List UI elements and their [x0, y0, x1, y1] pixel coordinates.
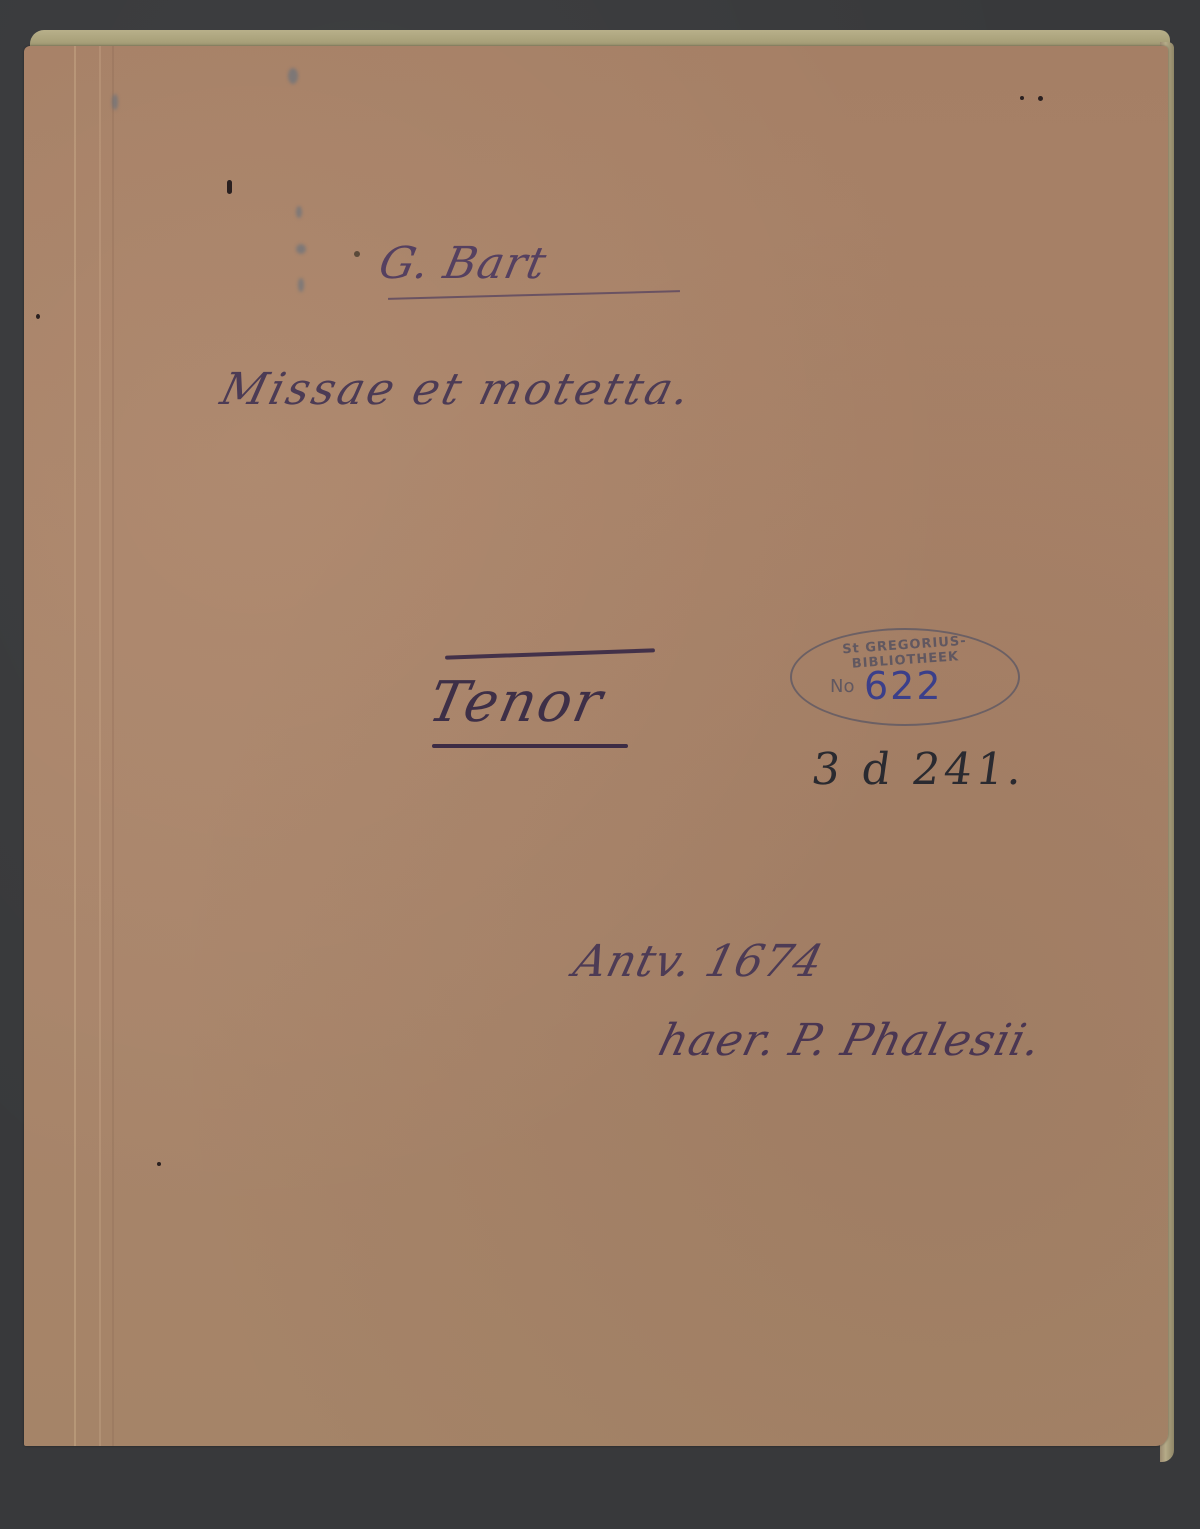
ink-smudge [296, 206, 302, 218]
author-name: G. Bart [375, 238, 552, 289]
spine-fold-line [74, 46, 76, 1446]
ink-dot [157, 1162, 161, 1166]
work-title: Missae et motetta. [216, 364, 698, 415]
stamp-number-prefix: No [830, 676, 854, 697]
spine-fold-line [99, 46, 101, 1446]
ink-smudge [288, 68, 298, 84]
voice-part-underline [432, 744, 628, 748]
library-stamp: St GREGORIUS-BIBLIOTHEEK No 622 [790, 628, 1020, 726]
stamp-accession-number: 622 [864, 664, 943, 708]
voice-part-label: Tenor [423, 670, 610, 735]
imprint-publisher: haer. P. Phalesii. [654, 1015, 1047, 1066]
shelfmark: 3 d 241. [808, 744, 1029, 795]
ink-smudge [296, 244, 306, 254]
ink-smudge [112, 94, 118, 110]
ink-dot [36, 314, 40, 319]
ink-dot [354, 251, 360, 257]
imprint-place-year: Antv. 1674 [569, 936, 829, 987]
ink-dot [1038, 96, 1043, 101]
spine-fold-line [112, 46, 114, 1446]
ink-smudge [298, 278, 304, 292]
ink-mark [227, 180, 232, 194]
ink-dot [1020, 96, 1024, 100]
